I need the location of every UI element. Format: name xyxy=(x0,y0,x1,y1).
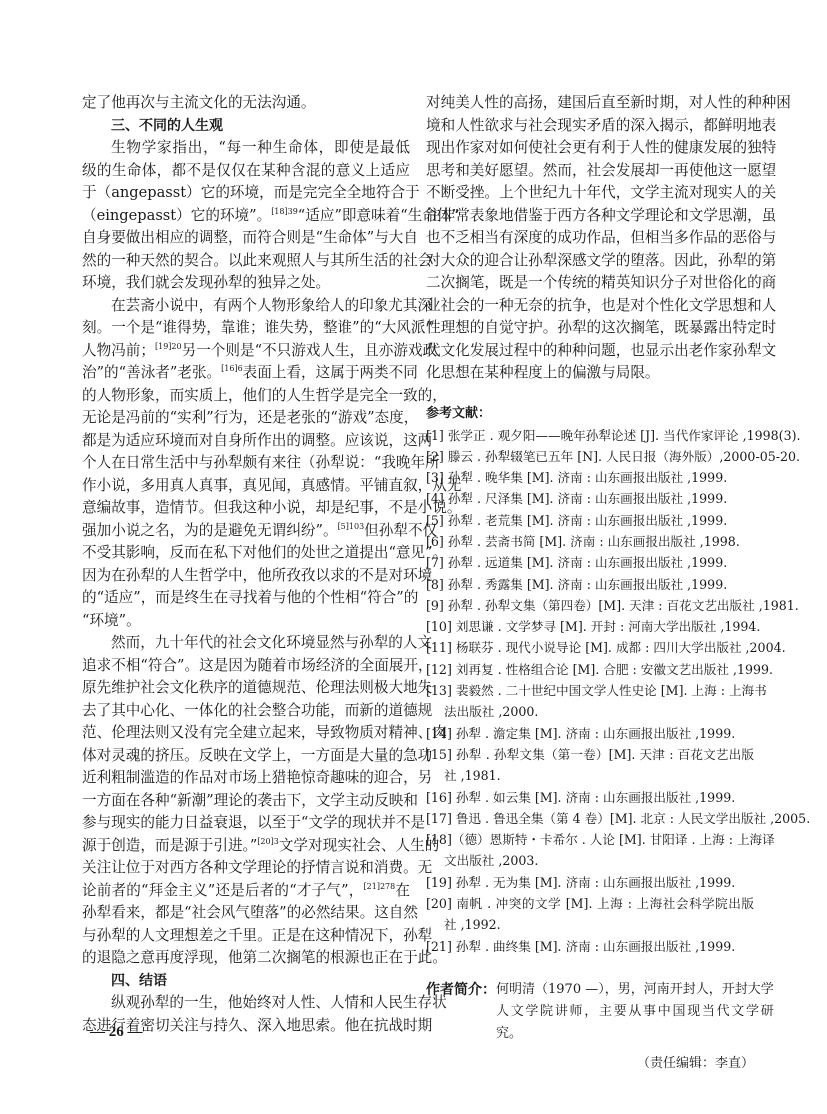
author-bio-line: 人文学院讲师，主要从事中国现当代文学研 xyxy=(496,1001,774,1023)
text-line: 环境，我们就会发现孙犁的独异之处。 xyxy=(82,272,410,295)
text-line: 范、伦理法则又没有完全建立起来，导致物质对精神、肉 xyxy=(82,722,410,745)
text-line: 自身要做出相应的调整，而符合则是“生命体”与大自 xyxy=(82,227,410,250)
text-line: 也不乏相当有深度的成功作品，但相当多作品的恶俗与 xyxy=(426,227,754,250)
reference-item: [12] 刘再复 . 性格组合论 [M]. 合肥 : 安徽文艺出版社 ,1999… xyxy=(426,659,754,680)
reference-item: [8] 孙犁 . 秀露集 [M]. 济南 : 山东画报出版社 ,1999. xyxy=(426,574,754,595)
reference-text: [5] 孙犁 . 老荒集 [M]. 济南 : 山东画报出版社 ,1999. xyxy=(426,513,727,528)
text-line: 个人在日常生活中与孙犁颇有来往（孙犁说：“我晚年所 xyxy=(82,452,410,475)
reference-item: 社 ,1992. xyxy=(426,914,754,935)
text-line: 强加小说之名，为的是避免无谓纠纷”。[5]103但孙犁不仅 xyxy=(82,520,410,543)
reference-item: [11] 杨联芬 . 现代小说导论 [M]. 成都 : 四川大学出版社 ,200… xyxy=(426,637,754,658)
text-line: 然而，九十年代的社会文化环境显然与孙犁的人文 xyxy=(82,632,410,655)
reference-text: [1] 张学正 . 观夕阳——晚年孙犁论述 [J]. 当代作家评论 ,1998(… xyxy=(426,428,801,443)
reference-text: [7] 孙犁 . 远道集 [M]. 济南 : 山东画报出版社 ,1999. xyxy=(426,555,727,570)
reference-item: [18]（德）恩斯特・卡希尔 . 人论 [M]. 甘阳译 . 上海 : 上海译 xyxy=(426,829,754,850)
text-line: 源于创造，而是源于引进。”[20]3文学对现实社会、人生的 xyxy=(82,835,410,858)
text-line: 因为在孙犁的人生哲学中，他所孜孜以求的不是对环境 xyxy=(82,565,410,588)
text-line: 代文化发展过程中的种种问题，也显示出老作家孙犁文 xyxy=(426,340,754,363)
text-line: 追求不相“符合”。这是因为随着市场经济的全面展开， xyxy=(82,655,410,678)
text-line: 去了其中心化、一体化的社会整合功能，而新的道德规 xyxy=(82,700,410,723)
right-column: 对纯美人性的高扬，建国后直至新时期，对人性的种种困境和人性欲求与社会现实矛盾的深… xyxy=(426,92,754,1075)
author-bio-text: 何明清（1970 —），男，河南开封人，开封大学人文学院讲师，主要从事中国现当代… xyxy=(496,979,774,1045)
reference-text: [16] 孙犁 . 如云集 [M]. 济南 : 山东画报出版社 ,1999. xyxy=(426,790,735,805)
author-bio-line: 究。 xyxy=(496,1023,774,1045)
text-line: 关注让位于对西方各种文学理论的抒情言说和消费。无 xyxy=(82,857,410,880)
text-line: 思考和美好愿望。然而，社会发展却一再使他这一愿望 xyxy=(426,160,754,183)
text-fragment: 治”的“善泳者”老张。 xyxy=(82,364,221,381)
section-heading: 四、结语 xyxy=(82,970,410,993)
reference-item: [10] 刘思谦 . 文学梦寻 [M]. 开封 : 河南大学出版社 ,1994. xyxy=(426,616,754,637)
reference-item: 文出版社 ,2003. xyxy=(426,850,754,871)
text-fragment: 论前者的“拜金主义”还是后者的“才子气”， xyxy=(82,882,364,899)
citation-superscript: [18]39 xyxy=(271,207,298,216)
text-line: 论前者的“拜金主义”还是后者的“才子气”，[21]278在 xyxy=(82,880,410,903)
text-line: 意编故事，造情节。但我这种小说，却是纪事，不是小说。 xyxy=(82,497,410,520)
reference-item: 法出版社 ,2000. xyxy=(426,701,754,722)
reference-text: [9] 孙犁 . 孙犁文集（第四卷）[M]. 天津 : 百花文艺出版社 ,198… xyxy=(426,598,799,613)
responsible-editor: （责任编辑：李直） xyxy=(426,1053,754,1075)
reference-text: [17] 鲁迅 . 鲁迅全集（第 4 卷）[M]. 北京 : 人民文学出版社 ,… xyxy=(426,811,810,826)
references-list: [1] 张学正 . 观夕阳——晚年孙犁论述 [J]. 当代作家评论 ,1998(… xyxy=(426,425,754,957)
reference-text: [19] 孙犁 . 无为集 [M]. 济南 : 山东画报出版社 ,1999. xyxy=(426,875,735,890)
text-line: 业社会的一种无奈的抗争，也是对个性化文学思想和人 xyxy=(426,295,754,318)
reference-text: [14] 孙犁 . 澹定集 [M]. 济南 : 山东画报出版社 ,1999. xyxy=(426,726,735,741)
reference-item: [19] 孙犁 . 无为集 [M]. 济南 : 山东画报出版社 ,1999. xyxy=(426,872,754,893)
reference-text: 社 ,1981. xyxy=(426,768,501,783)
author-bio-label: 作者简介： xyxy=(426,979,496,1045)
text-line: 不受其影响，反而在私下对他们的处世之道提出“意见”。 xyxy=(82,542,410,565)
text-line: 人物冯前；[19]20另一个则是“不只游戏人生，且亦游戏政 xyxy=(82,340,410,363)
citation-superscript: [20]3 xyxy=(257,837,279,846)
reference-text: [10] 刘思谦 . 文学梦寻 [M]. 开封 : 河南大学出版社 ,1994. xyxy=(426,619,760,634)
text-line: 体对灵魂的挤压。反映在文学上，一方面是大量的急功 xyxy=(82,745,410,768)
text-line: 近利粗制滥造的作品对市场上猎艳惊奇趣味的迎合，另 xyxy=(82,767,410,790)
text-line: 注非常表象地借鉴于西方各种文学理论和文学思潮，虽 xyxy=(426,205,754,228)
text-line: “环境”。 xyxy=(82,610,410,633)
text-line: 刻。一个是“谁得势，靠谁；谁失势，整谁”的“大风派” xyxy=(82,317,410,340)
reference-text: [21] 孙犁 . 曲终集 [M]. 济南 : 山东画报出版社 ,1999. xyxy=(426,939,735,954)
citation-superscript: [21]278 xyxy=(364,882,396,891)
text-line: 的人物形象，而实质上，他们的人生哲学是完全一致的， xyxy=(82,385,410,408)
text-line: 级的生命体，都不是仅仅在某种含混的意义上适应 xyxy=(82,160,410,183)
reference-item: [21] 孙犁 . 曲终集 [M]. 济南 : 山东画报出版社 ,1999. xyxy=(426,936,754,957)
text-line: 作小说，多用真人真事，真见闻，真感情。平铺直叙，从无 xyxy=(82,475,410,498)
text-line: 的“适应”，而是终生在寻找着与他的个性相“符合”的 xyxy=(82,587,410,610)
text-line: 然的一种天然的契合。以此来观照人与其所生活的社会 xyxy=(82,250,410,273)
author-bio: 作者简介： 何明清（1970 —），男，河南开封人，开封大学人文学院讲师，主要从… xyxy=(426,979,754,1045)
citation-superscript: [5]103 xyxy=(338,522,365,531)
text-line: 孙犁看来，都是“社会风气堕落”的必然结果。这自然 xyxy=(82,902,410,925)
reference-item: [4] 孙犁 . 尺泽集 [M]. 济南 : 山东画报出版社 ,1999. xyxy=(426,488,754,509)
text-line: 对纯美人性的高扬，建国后直至新时期，对人性的种种困 xyxy=(426,92,754,115)
reference-text: 文出版社 ,2003. xyxy=(426,853,538,868)
text-fragment: 表面上看，这属于两类不同 xyxy=(243,364,418,381)
reference-item: [14] 孙犁 . 澹定集 [M]. 济南 : 山东画报出版社 ,1999. xyxy=(426,723,754,744)
text-fragment: 文学对现实社会、人生的 xyxy=(279,837,440,854)
text-fragment: 人物冯前； xyxy=(82,342,155,359)
text-line: 治”的“善泳者”老张。[16]6表面上看，这属于两类不同 xyxy=(82,362,410,385)
citation-superscript: [16]6 xyxy=(221,364,243,373)
reference-text: [3] 孙犁 . 晚华集 [M]. 济南 : 山东画报出版社 ,1999. xyxy=(426,470,727,485)
reference-text: [2] 滕云 . 孙犁辍笔已五年 [N]. 人民日报（海外版）,2000-05-… xyxy=(426,449,800,464)
author-bio-line: 何明清（1970 —），男，河南开封人，开封大学 xyxy=(496,979,774,1001)
reference-item: [3] 孙犁 . 晚华集 [M]. 济南 : 山东画报出版社 ,1999. xyxy=(426,467,754,488)
reference-text: 法出版社 ,2000. xyxy=(426,704,538,719)
text-line: 无论是冯前的“实利”行为，还是老张的“游戏”态度， xyxy=(82,407,410,430)
reference-text: [6] 孙犁 . 芸斋书简 [M]. 济南 : 山东画报出版社 ,1998. xyxy=(426,534,740,549)
references-title: 参考文献： xyxy=(426,403,754,425)
text-fragment: 在 xyxy=(395,882,410,899)
text-line: 于（angepasst）它的环境，而是完完全全地符合于 xyxy=(82,182,410,205)
text-line: 一方面在各种“新潮”理论的袭击下，文学主动反映和 xyxy=(82,790,410,813)
text-line: 在芸斋小说中，有两个人物形象给人的印象尤其深 xyxy=(82,295,410,318)
reference-item: [13] 裴毅然 . 二十世纪中国文学人性史论 [M]. 上海 : 上海书 xyxy=(426,680,754,701)
text-line: 生物学家指出，“每一种生命体，即使是最低 xyxy=(82,137,410,160)
reference-item: [9] 孙犁 . 孙犁文集（第四卷）[M]. 天津 : 百花文艺出版社 ,198… xyxy=(426,595,754,616)
text-line: 与孙犁的人文理想差之千里。正是在这种情况下，孙犁 xyxy=(82,925,410,948)
text-line: 定了他再次与主流文化的无法沟通。 xyxy=(82,92,410,115)
text-line: （eingepasst）它的环境”。[18]39“适应”即意味着“生命体” xyxy=(82,205,410,228)
reference-item: [16] 孙犁 . 如云集 [M]. 济南 : 山东画报出版社 ,1999. xyxy=(426,787,754,808)
page-number: — 26 — xyxy=(90,1024,143,1041)
left-column: 定了他再次与主流文化的无法沟通。三、不同的人生观生物学家指出，“每一种生命体，即… xyxy=(82,92,410,1037)
reference-item: [6] 孙犁 . 芸斋书简 [M]. 济南 : 山东画报出版社 ,1998. xyxy=(426,531,754,552)
text-fragment: 源于创造，而是源于引进。” xyxy=(82,837,257,854)
reference-item: [2] 滕云 . 孙犁辍笔已五年 [N]. 人民日报（海外版）,2000-05-… xyxy=(426,446,754,467)
reference-text: [12] 刘再复 . 性格组合论 [M]. 合肥 : 安徽文艺出版社 ,1999… xyxy=(426,662,773,677)
reference-item: 社 ,1981. xyxy=(426,765,754,786)
text-line: 都是为适应环境而对自身所作出的调整。应该说，这两 xyxy=(82,430,410,453)
text-line: 境和人性欲求与社会现实矛盾的深入揭示，都鲜明地表 xyxy=(426,115,754,138)
reference-item: [15] 孙犁 . 孙犁文集（第一卷）[M]. 天津 : 百花文艺出版 xyxy=(426,744,754,765)
citation-superscript: [19]20 xyxy=(155,342,182,351)
text-line: 的退隐之意再度浮现，他第二次搁笔的根源也正在于此。 xyxy=(82,947,410,970)
reference-text: 社 ,1992. xyxy=(426,917,501,932)
text-line: 纵观孙犁的一生，他始终对人性、人情和人民生存状 xyxy=(82,992,410,1015)
reference-item: [7] 孙犁 . 远道集 [M]. 济南 : 山东画报出版社 ,1999. xyxy=(426,552,754,573)
section-heading: 三、不同的人生观 xyxy=(82,115,410,138)
text-line: 化思想在某种程度上的偏激与局限。 xyxy=(426,362,754,385)
reference-item: [5] 孙犁 . 老荒集 [M]. 济南 : 山东画报出版社 ,1999. xyxy=(426,510,754,531)
text-fragment: 强加小说之名，为的是避免无谓纠纷”。 xyxy=(82,522,338,539)
text-line: 二次搁笔，既是一个传统的精英知识分子对世俗化的商 xyxy=(426,272,754,295)
reference-text: [11] 杨联芬 . 现代小说导论 [M]. 成都 : 四川大学出版社 ,200… xyxy=(426,640,786,655)
reference-item: [1] 张学正 . 观夕阳——晚年孙犁论述 [J]. 当代作家评论 ,1998(… xyxy=(426,425,754,446)
text-line: 现出作家对如何使社会更有利于人性的健康发展的独特 xyxy=(426,137,754,160)
text-line: 对大众的迎合让孙犁深感文学的堕落。因此，孙犁的第 xyxy=(426,250,754,273)
text-line: 不断受挫。上个世纪九十年代，文学主流对现实人的关 xyxy=(426,182,754,205)
reference-text: [4] 孙犁 . 尺泽集 [M]. 济南 : 山东画报出版社 ,1999. xyxy=(426,491,727,506)
text-line: 原先维护社会文化秩序的道德规范、伦理法则极大地失 xyxy=(82,677,410,700)
reference-item: [20] 南帆 . 冲突的文学 [M]. 上海 : 上海社会科学院出版 xyxy=(426,893,754,914)
text-fragment: 另一个则是“不只游戏人生，且亦游戏政 xyxy=(182,342,438,359)
text-line: 性理想的自觉守护。孙犁的这次搁笔，既暴露出特定时 xyxy=(426,317,754,340)
text-fragment: （eingepasst）它的环境”。 xyxy=(82,207,271,224)
reference-item: [17] 鲁迅 . 鲁迅全集（第 4 卷）[M]. 北京 : 人民文学出版社 ,… xyxy=(426,808,754,829)
text-line: 参与现实的能力日益衰退，以至于“文学的现状并不是 xyxy=(82,812,410,835)
conclusion-text: 对纯美人性的高扬，建国后直至新时期，对人性的种种困境和人性欲求与社会现实矛盾的深… xyxy=(426,92,754,385)
reference-text: [8] 孙犁 . 秀露集 [M]. 济南 : 山东画报出版社 ,1999. xyxy=(426,577,727,592)
